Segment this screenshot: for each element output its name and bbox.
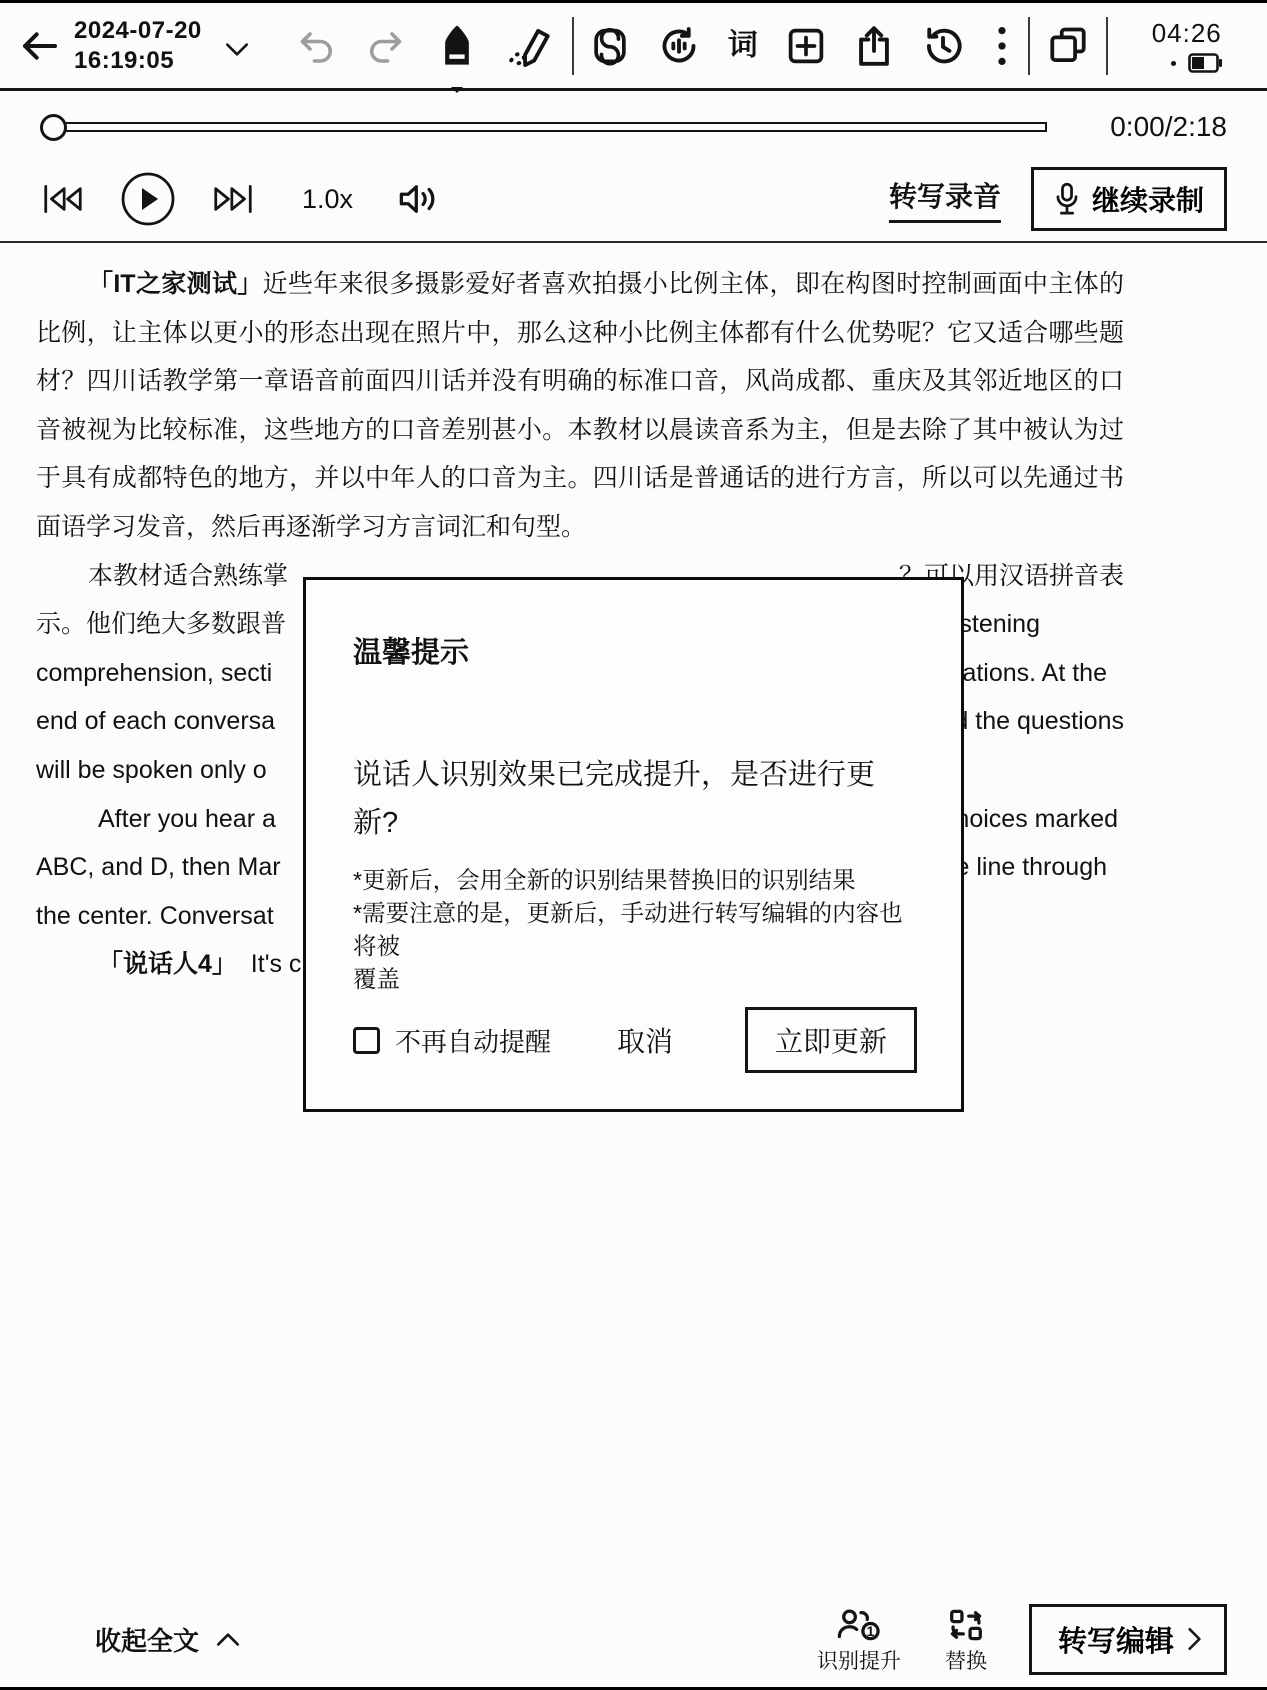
volume-button[interactable] [397, 180, 441, 218]
audio-player: 0:00/2:18 1.0x [0, 91, 1267, 243]
toolbar-divider-2 [1028, 17, 1030, 75]
note-time: 16:19:05 [74, 46, 202, 76]
pen-tool-button[interactable] [436, 14, 478, 78]
skip-forward-icon [210, 181, 256, 217]
transcript-edit-label: 转写编辑 [1058, 1619, 1174, 1660]
dialog-message-line: 新? [353, 799, 914, 847]
svg-text:1: 1 [867, 1624, 875, 1640]
play-icon [120, 171, 176, 227]
source-tag: 「IT之家测试」 [88, 270, 263, 298]
speed-control[interactable]: 1.0x [302, 184, 353, 215]
volume-icon [397, 180, 441, 218]
system-clock: 04:26 [1152, 18, 1222, 49]
note-title-dropdown[interactable]: 2024-07-20 16:19:05 [74, 16, 250, 76]
undo-icon [296, 28, 336, 64]
back-button[interactable] [14, 14, 66, 78]
dialog-message-line: 说话人识别效果已完成提升，是否进行更 [353, 751, 914, 799]
transcript-line: 比例，让主体以更小的形态出现在照片中，那么这种小比例主体都有什么优势呢？它又适合… [36, 309, 1124, 358]
segment-loop-button[interactable] [590, 14, 630, 78]
fragment-left: the center. Conversat [36, 892, 274, 941]
speaker-tag: 「说话人4」 [98, 950, 237, 978]
history-icon [922, 25, 964, 67]
continue-recording-button[interactable]: 继续录制 [1031, 167, 1227, 231]
chevron-down-icon [224, 42, 250, 58]
continue-recording-label: 继续录制 [1092, 179, 1204, 219]
replace-label: 替换 [945, 1645, 987, 1675]
recognition-improve-icon: 1 [836, 1608, 882, 1642]
retranscribe-icon [658, 25, 700, 67]
transcript-edit-button[interactable]: 转写编辑 [1029, 1604, 1227, 1675]
dont-remind-checkbox[interactable] [353, 1027, 380, 1054]
pen-options-caret-icon [450, 86, 464, 94]
collapse-label: 收起全文 [95, 1621, 199, 1658]
dialog-notes: *更新后，会用全新的识别结果替换旧的识别结果 *需要注意的是，更新后，手动进行转… [353, 864, 914, 996]
play-button[interactable] [120, 171, 176, 227]
toolbar-divider [572, 17, 574, 75]
more-menu-button[interactable] [992, 14, 1012, 78]
dialog-note: 覆盖 [353, 963, 914, 996]
transcript-line: 音被视为比较标准，这些地方的口音差别甚小。本教材以晨读音系为主，但是去除了其中被… [36, 406, 1124, 455]
share-button[interactable] [854, 14, 894, 78]
smart-pen-icon [508, 25, 556, 67]
history-button[interactable] [922, 14, 964, 78]
undo-button[interactable] [296, 14, 336, 78]
transcript-line: 于具有成都特色的地方，并以中年人的口音为主。四川话是普通话的进行方言，所以可以先… [36, 454, 1124, 503]
add-page-button[interactable] [786, 14, 826, 78]
segment-loop-icon [590, 26, 630, 66]
add-page-icon [786, 26, 826, 66]
speaker-text: It's c [237, 950, 302, 978]
seek-track[interactable] [64, 122, 1047, 132]
multi-window-button[interactable] [1046, 14, 1090, 78]
collapse-fulltext-button[interactable]: 收起全文 [95, 1621, 241, 1658]
redo-icon [366, 28, 406, 64]
kebab-menu-icon [996, 25, 1008, 67]
transcript-line: 面语学习发音，然后再逐渐学习方言词汇和句型。 [36, 503, 1124, 552]
chevron-up-icon [215, 1631, 241, 1647]
share-icon [854, 25, 894, 67]
fragment-left: will be spoken only o [36, 746, 267, 795]
replace-button[interactable]: 替换 [945, 1608, 987, 1675]
playback-time: 0:00/2:18 [1099, 111, 1227, 143]
dictionary-icon: 词 [728, 31, 758, 61]
fragment-left: comprehension, secti [36, 649, 272, 698]
dont-remind-label: 不再自动提醒 [395, 1022, 551, 1059]
skip-back-icon [40, 181, 86, 217]
dialog-footer: 不再自动提醒 取消 立即更新 [353, 1007, 917, 1073]
retranscribe-button[interactable] [658, 14, 700, 78]
transcript-line: 「IT之家测试」近些年来很多摄影爱好者喜欢拍摄小比例主体，即在构图时控制画面中主… [36, 260, 1124, 309]
microphone-icon [1054, 182, 1080, 216]
dont-remind-option[interactable]: 不再自动提醒 [353, 1022, 551, 1059]
transcript-line: 材？四川话教学第一章语音前面四川话并没有明确的标准口音，风尚成都、重庆及其邻近地… [36, 357, 1124, 406]
notification-dot [1171, 61, 1176, 66]
battery-icon [1188, 53, 1222, 73]
transcribe-recording-link[interactable]: 转写录音 [889, 175, 1001, 223]
cancel-button[interactable]: 取消 [617, 1020, 673, 1060]
dialog-message: 说话人识别效果已完成提升，是否进行更 新? [353, 751, 914, 847]
next-button[interactable] [210, 181, 256, 217]
smart-pen-button[interactable] [508, 14, 556, 78]
fragment-left: 示。他们绝大多数跟普 [36, 600, 286, 649]
transcript-line-text: 近些年来很多摄影爱好者喜欢拍摄小比例主体，即在构图时控制画面中主体的 [263, 270, 1124, 298]
dialog-note: *需要注意的是，更新后，手动进行转写编辑的内容也将被 [353, 897, 914, 963]
back-arrow-icon [20, 29, 60, 63]
update-now-button[interactable]: 立即更新 [745, 1007, 917, 1073]
status-area: 04:26 [1138, 18, 1222, 73]
recognition-improve-button[interactable]: 1 识别提升 [817, 1608, 901, 1675]
multi-window-icon [1046, 25, 1090, 67]
fragment-left: After you hear a [36, 795, 276, 844]
pen-icon [436, 24, 478, 68]
toolbar-divider-3 [1106, 17, 1108, 75]
fragment-left: 本教材适合熟练掌 [36, 552, 288, 601]
fragment-left: ABC, and D, then Mar [36, 843, 281, 892]
seek-thumb[interactable] [40, 114, 67, 141]
previous-button[interactable] [40, 181, 86, 217]
chevron-right-icon [1186, 1626, 1202, 1652]
recognition-improve-label: 识别提升 [817, 1645, 901, 1675]
fragment-left: 「说话人4」 It's c [36, 940, 301, 989]
note-date: 2024-07-20 [74, 16, 202, 46]
dictionary-button[interactable]: 词 [728, 14, 758, 78]
app-screen: 2024-07-20 16:19:05 [0, 0, 1267, 1690]
update-dialog: 温馨提示 说话人识别效果已完成提升，是否进行更 新? *更新后，会用全新的识别结… [303, 577, 964, 1112]
dialog-note: *更新后，会用全新的识别结果替换旧的识别结果 [353, 864, 914, 897]
replace-icon [948, 1608, 984, 1642]
redo-button[interactable] [366, 14, 406, 78]
bottom-bar: 收起全文 1 识别提升 [0, 1597, 1267, 1681]
fragment-left: end of each conversa [36, 697, 275, 746]
dialog-title: 温馨提示 [353, 630, 914, 671]
top-toolbar: 2024-07-20 16:19:05 [0, 3, 1267, 91]
